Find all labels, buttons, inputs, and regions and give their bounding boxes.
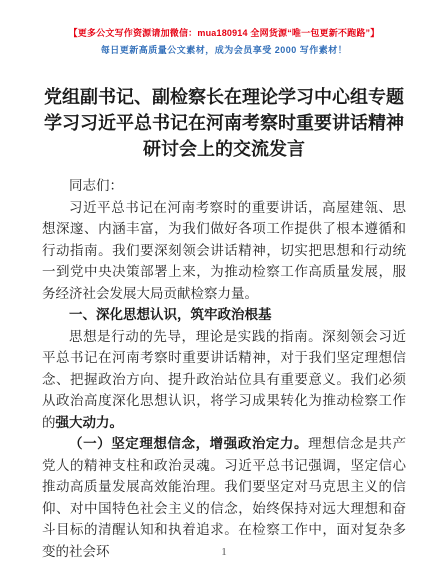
page-number: 1 — [0, 546, 448, 558]
subsection-1-lead: （一）坚定理想信念，增强政治定力。 — [69, 436, 308, 451]
watermark-line-blue: 每日更新高质量公文素材，成为会员享受 2000 写作素材！ — [0, 43, 448, 56]
paragraph-intro: 习近平总书记在河南考察时的重要讲话，高屋建瓴、思想深邃、内涵丰富，为我们做好各项… — [42, 197, 406, 305]
section-heading-1: 一、深化思想认识，筑牢政治根基 — [42, 304, 406, 326]
salutation: 同志们： — [42, 175, 406, 197]
paragraph-section-1: 思想是行动的先导，理论是实践的指南。深刻领会习近平总书记在河南考察时重要讲话精神… — [42, 326, 406, 434]
document-page: 【更多公文写作资源请加微信：mua180914 全网货源“唯一包更新不跑路”】 … — [0, 0, 448, 580]
watermark-line-red: 【更多公文写作资源请加微信：mua180914 全网货源“唯一包更新不跑路”】 — [0, 26, 448, 39]
document-title: 党组副书记、副检察长在理论学习中心组专题学习习近平总书记在河南考察时重要讲话精神… — [38, 84, 410, 162]
document-body: 同志们： 习近平总书记在河南考察时的重要讲话，高屋建瓴、思想深邃、内涵丰富，为我… — [42, 175, 406, 562]
paragraph-subsection-1: （一）坚定理想信念，增强政治定力。理想信念是共产党人的精神支柱和政治灵魂。习近平… — [42, 433, 406, 562]
subsection-1-text: 理想信念是共产党人的精神支柱和政治灵魂。习近平总书记强调，坚定信心推动高质量发展… — [42, 436, 406, 559]
section-1-bold-tail: 强大动力。 — [56, 415, 124, 430]
watermark-header: 【更多公文写作资源请加微信：mua180914 全网货源“唯一包更新不跑路”】 … — [0, 0, 448, 56]
